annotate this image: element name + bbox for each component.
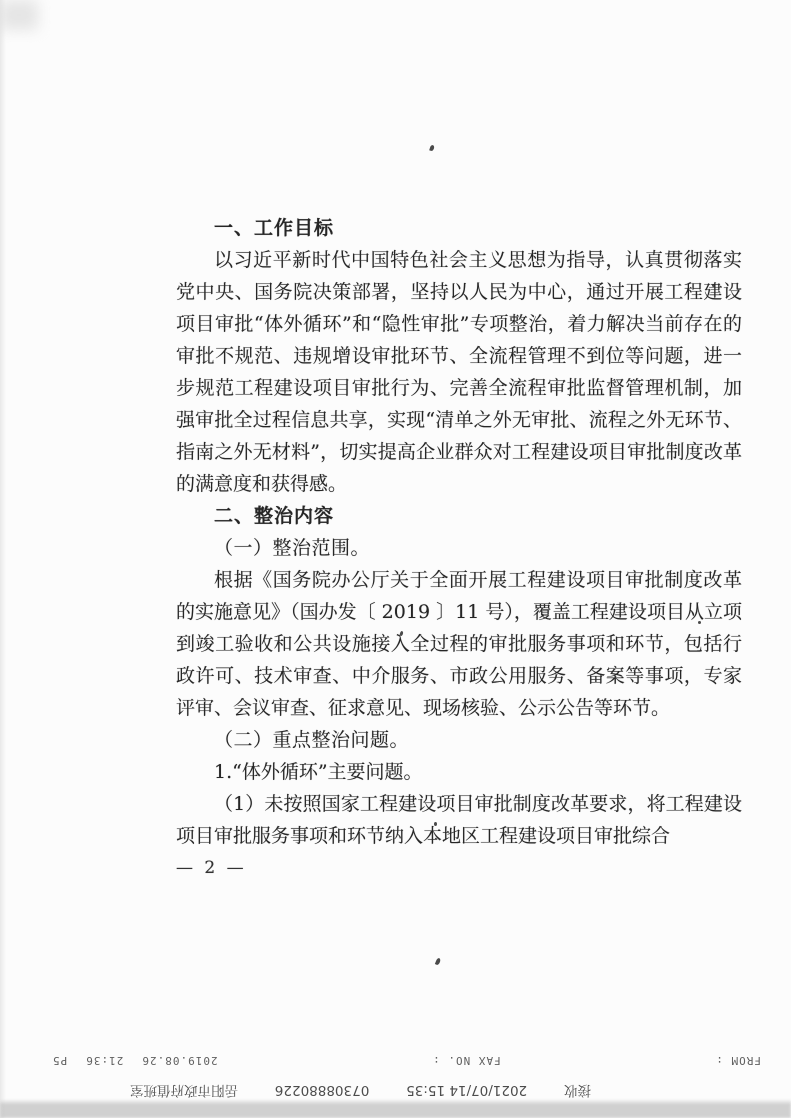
paragraph-scope: 根据《国务院办公厅关于全面开展工程建设项目审批制度改革的实施意见》（国办发〔 2… — [176, 564, 742, 724]
page-number: — 2 — — [176, 852, 742, 884]
paragraph-item-1: （1）未按照国家工程建设项目审批制度改革要求，将工程建设项目审批服务事项和环节纳… — [176, 788, 742, 852]
ink-dot-artifact — [712, 284, 715, 287]
fax-no-label: FAX NO. : — [432, 1054, 501, 1067]
fax-sent-date: 2019.08.26 — [141, 1054, 217, 1067]
subheading-key-issues: （二）重点整治问题。 — [176, 724, 742, 756]
ink-dot-artifact — [435, 958, 441, 966]
document-body: 一、工作目标 以习近平新时代中国特色社会主义思想为指导，认真贯彻落实党中央、国务… — [176, 212, 742, 884]
fax-sent-time: 21:36 — [85, 1054, 123, 1067]
fax-footer: 接收 2021/07/14 15:35 07308880226 岳阳市政府值班室… — [0, 1054, 791, 1102]
scanned-fax-page: 一、工作目标 以习近平新时代中国特色社会主义思想为指导，认真贯彻落实党中央、国务… — [0, 0, 791, 1118]
fax-received-datetime: 2021/07/14 15:35 — [406, 1082, 527, 1098]
fax-received-label: 接收 — [564, 1082, 591, 1102]
subheading-scope: （一）整治范围。 — [176, 532, 742, 564]
fax-received-stamp: 接收 2021/07/14 15:35 07308880226 岳阳市政府值班室 — [0, 1082, 791, 1102]
paragraph-objectives: 以习近平新时代中国特色社会主义思想为指导，认真贯彻落实党中央、国务院决策部署，坚… — [176, 244, 742, 500]
heading-rectification-content: 二、整治内容 — [176, 500, 742, 532]
ink-dot-artifact — [698, 621, 701, 624]
subheading-external-loop: 1.“体外循环”主要问题。 — [176, 756, 742, 788]
fax-sent-stamp: 2019.08.26 21:36 P5 — [52, 1054, 218, 1067]
heading-work-objectives: 一、工作目标 — [176, 212, 742, 244]
fax-number: 07308880226 — [275, 1082, 369, 1098]
ink-dot-artifact — [434, 822, 437, 826]
fax-sent-page: P5 — [52, 1054, 67, 1067]
fax-sender-name: 岳阳市政府值班室 — [130, 1082, 238, 1102]
scan-shading-bottom-band — [0, 1103, 791, 1118]
fax-from-label: FROM : — [715, 1054, 761, 1067]
scan-shading-left-edge — [0, 0, 6, 1118]
ink-dot-artifact — [429, 145, 435, 152]
fax-machine-header: FROM : FAX NO. : 2019.08.26 21:36 P5 — [0, 1054, 791, 1067]
